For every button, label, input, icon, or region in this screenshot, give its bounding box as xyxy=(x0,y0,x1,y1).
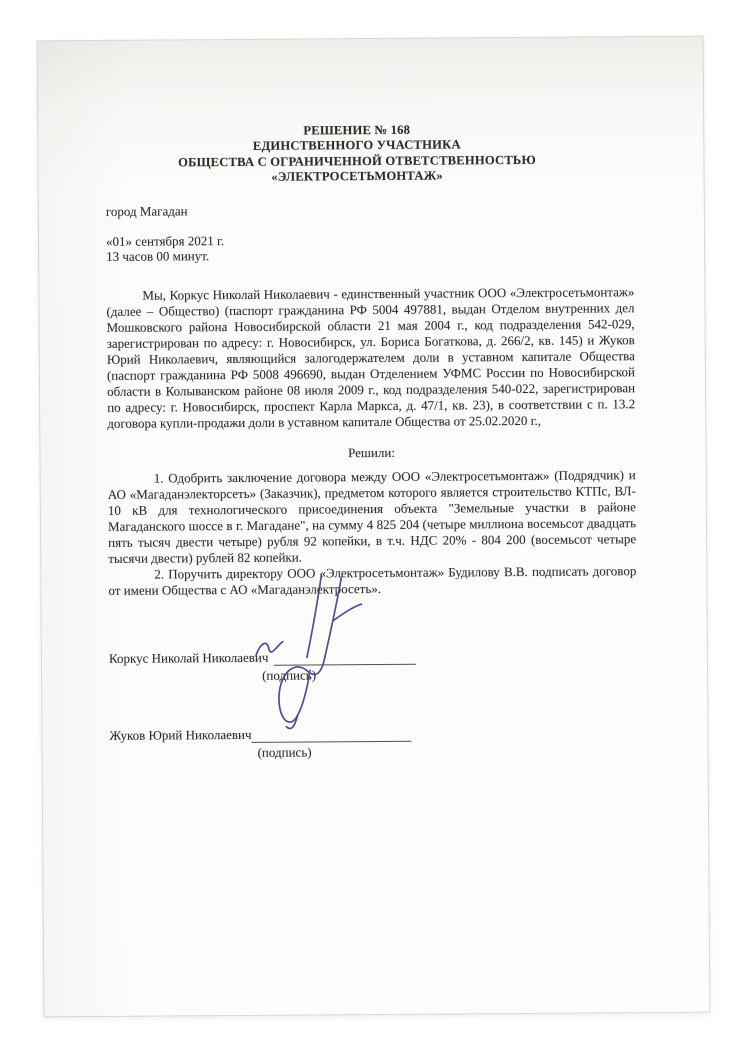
resolution-heading: Решили: xyxy=(107,443,635,463)
date-line: «01» сентября 2021 г. xyxy=(106,233,224,249)
signature-line xyxy=(274,649,416,666)
resolution-items: 1. Одобрить заключение договора между ОО… xyxy=(108,467,637,599)
preamble-paragraph: Мы, Коркус Николай Николаевич - единстве… xyxy=(106,284,635,432)
signature-row: Коркус Николай Николаевич xyxy=(109,649,417,667)
decision-item-2-line: от имени Общества с АО «Магаданэлектросе… xyxy=(108,579,636,599)
datetime-block: «01» сентября 2021 г. 13 часов 00 минут. xyxy=(106,233,224,265)
time-line: 13 часов 00 минут. xyxy=(106,248,224,264)
signature-caption: (подпись) xyxy=(262,667,417,684)
signer-name: Коркус Николай Николаевич xyxy=(109,650,269,667)
signature-row: Жуков Юрий Николаевич xyxy=(109,726,411,744)
document-page: РЕШЕНИЕ № 168 ЕДИНСТВЕННОГО УЧАСТНИКА ОБ… xyxy=(37,36,711,1018)
signature-block-korkus: Коркус Николай Николаевич (подпись) xyxy=(109,649,417,685)
city-line: город Магадан xyxy=(106,203,188,220)
signature-block-zhukov: Жуков Юрий Николаевич (подпись) xyxy=(109,726,411,762)
title-line: «ЭЛЕКТРОСЕТЬМОНТАЖ» xyxy=(25,167,690,187)
preamble-line: договора купли-продажи доли в уставном к… xyxy=(107,412,635,432)
signature-line xyxy=(251,726,411,743)
document-title: РЕШЕНИЕ № 168 ЕДИНСТВЕННОГО УЧАСТНИКА ОБ… xyxy=(24,121,689,187)
signature-caption: (подпись) xyxy=(258,744,412,761)
signer-name: Жуков Юрий Николаевич xyxy=(109,727,251,744)
